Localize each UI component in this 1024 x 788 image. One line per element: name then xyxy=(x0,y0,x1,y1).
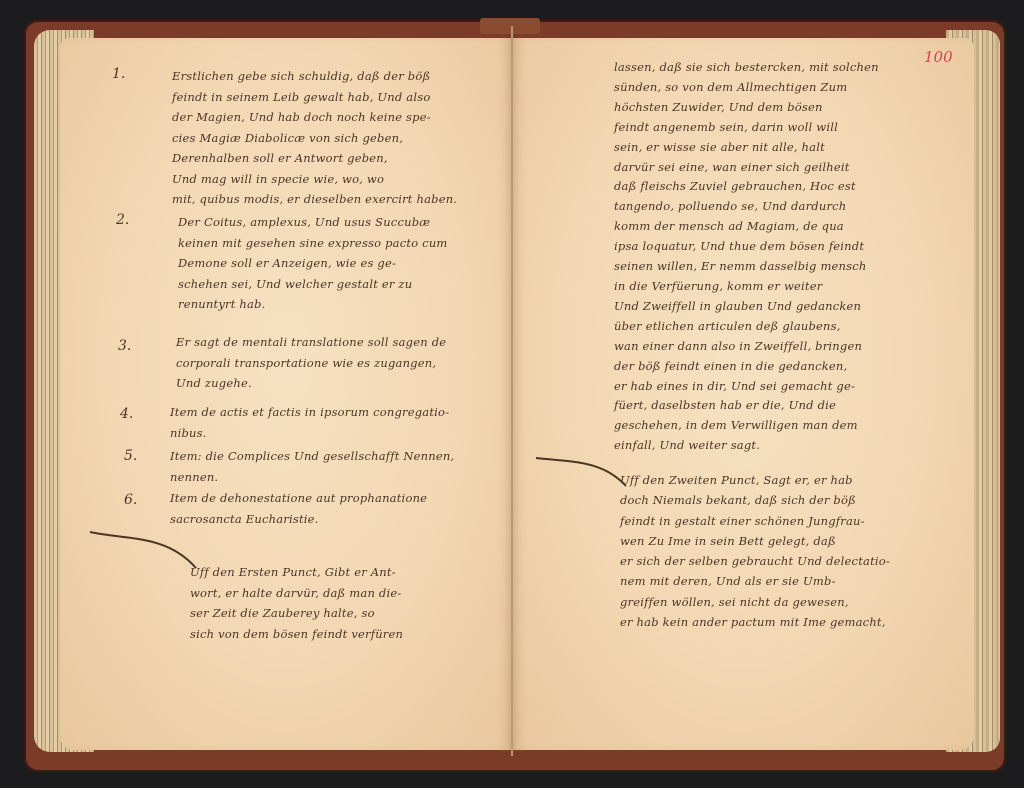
item-3-text: Er sagt de mentali translatione soll sag… xyxy=(176,332,446,394)
text-line: feindt in gestalt einer schönen Jungfrau… xyxy=(620,511,890,531)
item-1-text: Erstlichen gebe sich schuldig, daß der b… xyxy=(172,66,457,210)
text-line: sünden, so von dem Allmechtigen Zum xyxy=(614,78,879,98)
text-line: der böß feindt einen in die gedancken, xyxy=(614,357,879,377)
item-4-text: Item de actis et factis in ipsorum congr… xyxy=(170,402,449,443)
answer-1-text: Uff den Ersten Punct, Gibt er Ant- wort,… xyxy=(190,562,403,644)
text-line: Item de actis et factis in ipsorum congr… xyxy=(170,402,449,423)
text-line: feindt in seinem Leib gewalt hab, Und al… xyxy=(172,87,457,108)
text-line: Uff den Zweiten Punct, Sagt er, er hab xyxy=(620,470,890,490)
paragraph-flourish xyxy=(532,452,632,492)
right-page-text: lassen, daß sie sich bestercken, mit sol… xyxy=(614,58,879,456)
item-2-text: Der Coitus, amplexus, Und usus Succubæ k… xyxy=(178,212,448,315)
text-line: Und mag will in specie wie, wo, wo xyxy=(172,169,457,190)
text-line: er hab kein ander pactum mit Ime gemacht… xyxy=(620,612,890,632)
item-number-3: 3. xyxy=(118,338,131,354)
text-line: greiffen wöllen, sei nicht da gewesen, xyxy=(620,592,890,612)
text-line: nibus. xyxy=(170,423,449,444)
text-line: füert, daselbsten hab er die, Und die xyxy=(614,396,879,416)
text-line: keinen mit gesehen sine expresso pacto c… xyxy=(178,233,448,254)
text-line: Uff den Ersten Punct, Gibt er Ant- xyxy=(190,562,403,583)
text-line: tangendo, polluendo se, Und dardurch xyxy=(614,197,879,217)
text-line: sacrosancta Eucharistie. xyxy=(170,509,427,530)
text-line: ipsa loquatur, Und thue dem bösen feindt xyxy=(614,237,879,257)
text-line: der Magien, Und hab doch noch keine spe- xyxy=(172,107,457,128)
text-line: daß fleischs Zuviel gebrauchen, Hoc est xyxy=(614,177,879,197)
text-line: wen Zu Ime in sein Bett gelegt, daß xyxy=(620,531,890,551)
text-line: sich von dem bösen feindt verfüren xyxy=(190,624,403,645)
text-line: komm der mensch ad Magiam, de qua xyxy=(614,217,879,237)
book-spine xyxy=(480,18,540,34)
paragraph-flourish xyxy=(86,520,206,580)
item-number-4: 4. xyxy=(120,406,133,422)
text-line: Derenhalben soll er Antwort geben, xyxy=(172,148,457,169)
text-line: corporali transportatione wie es zugange… xyxy=(176,353,446,374)
text-line: Demone soll er Anzeigen, wie es ge- xyxy=(178,253,448,274)
text-line: lassen, daß sie sich bestercken, mit sol… xyxy=(614,58,879,78)
text-line: cies Magiæ Diabolicæ von sich geben, xyxy=(172,128,457,149)
text-line: doch Niemals bekant, daß sich der böß xyxy=(620,490,890,510)
text-line: schehen sei, Und welcher gestalt er zu xyxy=(178,274,448,295)
text-line: mit, quibus modis, er dieselben exercirt… xyxy=(172,189,457,210)
text-line: geschehen, in dem Verwilligen man dem xyxy=(614,416,879,436)
text-line: Item: die Complices Und gesellschafft Ne… xyxy=(170,446,454,467)
text-line: darvür sei eine, wan einer sich geilheit xyxy=(614,158,879,178)
text-line: nem mit deren, Und als er sie Umb- xyxy=(620,571,890,591)
text-line: Und zugehe. xyxy=(176,373,446,394)
text-line: wan einer dann also in Zweiffell, bringe… xyxy=(614,337,879,357)
folio-number: 100 xyxy=(924,48,953,66)
text-line: ser Zeit die Zauberey halte, so xyxy=(190,603,403,624)
text-line: feindt angenemb sein, darin woll will xyxy=(614,118,879,138)
text-line: in die Verfüerung, komm er weiter xyxy=(614,277,879,297)
text-line: Item de dehonestatione aut prophanatione xyxy=(170,488,427,509)
item-number-1: 1. xyxy=(112,66,125,82)
item-6-text: Item de dehonestatione aut prophanatione… xyxy=(170,488,427,529)
text-line: renuntyrt hab. xyxy=(178,294,448,315)
text-line: über etlichen articulen deß glaubens, xyxy=(614,317,879,337)
text-line: seinen willen, Er nemm dasselbig mensch xyxy=(614,257,879,277)
text-line: Und Zweiffell in glauben Und gedancken xyxy=(614,297,879,317)
text-line: nennen. xyxy=(170,467,454,488)
item-number-2: 2. xyxy=(116,212,129,228)
text-line: sein, er wisse sie aber nit alle, halt xyxy=(614,138,879,158)
item-number-5: 5. xyxy=(124,448,137,464)
book-gutter xyxy=(511,26,513,756)
text-line: Der Coitus, amplexus, Und usus Succubæ xyxy=(178,212,448,233)
text-line: er hab eines in dir, Und sei gemacht ge- xyxy=(614,377,879,397)
text-line: wort, er halte darvür, daß man die- xyxy=(190,583,403,604)
item-5-text: Item: die Complices Und gesellschafft Ne… xyxy=(170,446,454,487)
answer-2-text: Uff den Zweiten Punct, Sagt er, er hab d… xyxy=(620,470,890,632)
text-line: er sich der selben gebraucht Und delecta… xyxy=(620,551,890,571)
text-line: einfall, Und weiter sagt. xyxy=(614,436,879,456)
text-line: höchsten Zuwider, Und dem bösen xyxy=(614,98,879,118)
item-number-6: 6. xyxy=(124,492,137,508)
text-line: Erstlichen gebe sich schuldig, daß der b… xyxy=(172,66,457,87)
text-line: Er sagt de mentali translatione soll sag… xyxy=(176,332,446,353)
